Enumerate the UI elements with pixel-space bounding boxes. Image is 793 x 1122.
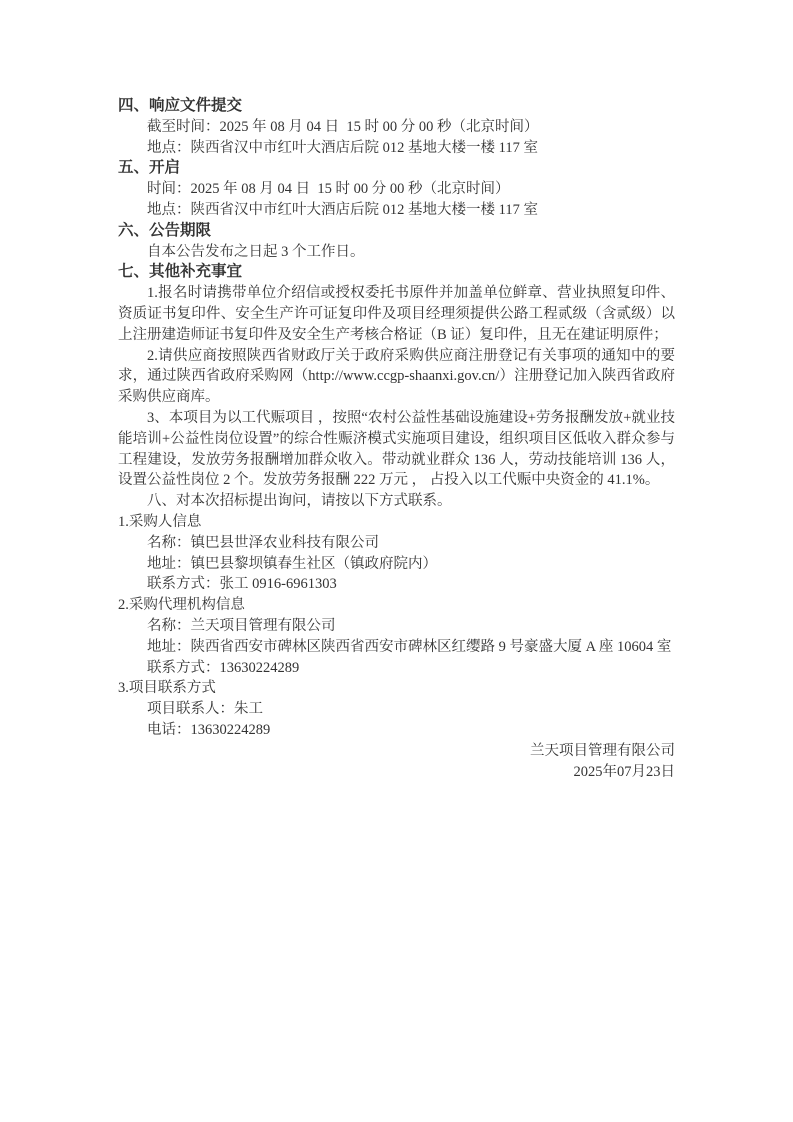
supplementary-para-3: 3、本项目为以工代赈项目 ，按照“农村公益性基础设施建设+劳务报酬发放+就业技能…: [118, 408, 675, 491]
opening-time: 时间：2025 年 08 月 04 日 15 时 00 分 00 秒（北京时间）: [118, 179, 675, 200]
period-body: 自本公告发布之日起 3 个工作日。: [118, 242, 675, 263]
submission-location: 地点：陕西省汉中市红叶大酒店后院 012 基地大楼一楼 117 室: [118, 138, 675, 159]
section-heading-submission: 四、响应文件提交: [118, 96, 675, 117]
agency-info-heading: 2.采购代理机构信息: [118, 595, 675, 616]
purchaser-address: 地址：镇巴县黎坝镇春生社区（镇政府院内）: [118, 554, 675, 575]
submission-deadline: 截至时间：2025 年 08 月 04 日 15 时 00 分 00 秒（北京时…: [118, 117, 675, 138]
section-heading-opening: 五、开启: [118, 158, 675, 179]
signature-company: 兰天项目管理有限公司: [118, 741, 675, 762]
agency-contact: 联系方式：13630224289: [118, 658, 675, 679]
agency-address: 地址：陕西省西安市碑林区陕西省西安市碑林区红缨路 9 号豪盛大厦 A 座 106…: [118, 637, 675, 658]
purchaser-name: 名称：镇巴县世泽农业科技有限公司: [118, 533, 675, 554]
section-heading-period: 六、公告期限: [118, 221, 675, 242]
agency-name: 名称：兰天项目管理有限公司: [118, 616, 675, 637]
document-content: 四、响应文件提交 截至时间：2025 年 08 月 04 日 15 时 00 分…: [118, 96, 675, 782]
opening-location: 地点：陕西省汉中市红叶大酒店后院 012 基地大楼一楼 117 室: [118, 200, 675, 221]
inquiry-intro: 八、对本次招标提出询问，请按以下方式联系。: [118, 491, 675, 512]
project-contact-person: 项目联系人：朱工: [118, 699, 675, 720]
supplementary-para-1: 1.报名时请携带单位介绍信或授权委托书原件并加盖单位鲜章、营业执照复印件、资质证…: [118, 283, 675, 345]
purchaser-contact: 联系方式：张工 0916-6961303: [118, 574, 675, 595]
supplementary-para-2: 2.请供应商按照陕西省财政厅关于政府采购供应商注册登记有关事项的通知中的要求，通…: [118, 346, 675, 408]
document-page: 四、响应文件提交 截至时间：2025 年 08 月 04 日 15 时 00 分…: [0, 0, 793, 1122]
section-heading-supplementary: 七、其他补充事宜: [118, 262, 675, 283]
project-contact-heading: 3.项目联系方式: [118, 678, 675, 699]
signature-date: 2025年07月23日: [118, 762, 675, 783]
project-contact-phone: 电话：13630224289: [118, 720, 675, 741]
purchaser-info-heading: 1.采购人信息: [118, 512, 675, 533]
